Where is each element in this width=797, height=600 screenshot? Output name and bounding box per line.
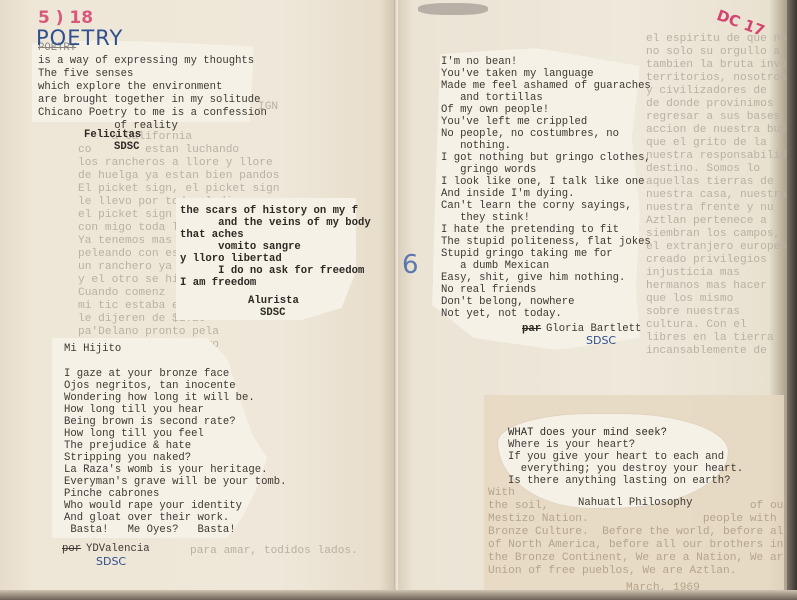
felicitas-faded-line: El picket sign, el picket sign xyxy=(78,183,279,196)
mi-hijito-school: SDSC xyxy=(96,555,126,568)
manifesto-ghost-line: With xyxy=(488,487,515,500)
ink-smudge xyxy=(418,3,488,15)
felicitas-faded-line: con migo toda l xyxy=(78,222,179,235)
background-ghost-line: nuestra frente y nu xyxy=(646,202,774,215)
background-ghost-line: que el grito de la xyxy=(646,137,767,150)
background-ghost-line: que los mismo xyxy=(646,293,733,306)
red-page-mark: 5 ) 18 xyxy=(38,8,93,28)
felicitas-school: SDSC xyxy=(114,141,139,154)
poetry-handwritten-title: POETRY xyxy=(36,26,123,50)
felicitas-faded-line: Ya tenemos mas xyxy=(78,235,172,248)
background-ghost-line: cultura. Con el xyxy=(646,319,747,332)
felicitas-faded-line: mi tic estaba en xyxy=(78,300,185,313)
manifesto-ghost-line: of North America, before all our brother… xyxy=(488,539,783,552)
felicitas-faded-line: de huelga ya estan bien pandos xyxy=(78,170,279,183)
felicitas-faded-line: los rancheros a llore y llore xyxy=(78,157,273,170)
felicitas-faded-line: Cuando comenz xyxy=(78,287,165,300)
background-ghost-line: hermanos mas hacer xyxy=(646,280,767,293)
gloria-line: Not yet, not today. xyxy=(441,308,562,321)
left-page: a California co estan luchando los ranch… xyxy=(0,0,396,600)
zine-spread: a California co estan luchando los ranch… xyxy=(0,0,797,600)
background-ghost-line: nuestra casa, nuestra xyxy=(646,189,787,202)
background-ghost-line: destino. Somos lo xyxy=(646,163,760,176)
felicitas-faded-line: peleando con est xyxy=(78,248,185,261)
felicitas-faded-line: pa'Delano pronto pela xyxy=(78,326,219,339)
background-ghost-line: creado privilegios xyxy=(646,254,767,267)
background-ghost-line: sobre nuestras xyxy=(646,306,740,319)
background-ghost-line: el extranjero europeo xyxy=(646,241,787,254)
background-ghost-line: el espiritu de que nos que ha restriccio… xyxy=(646,33,788,46)
mi-hijito-author-struck: por xyxy=(62,543,81,556)
poetry-line: are brought together in my solitude xyxy=(38,94,261,107)
gloria-author-struck: par xyxy=(522,323,541,336)
poetry-line: which explore the environment xyxy=(38,81,222,94)
nahuatl-line: Is there anything lasting on earth? xyxy=(508,475,731,488)
alurista-line: I am freedom xyxy=(180,277,256,290)
background-ghost-line: de donde provinimos xyxy=(646,98,774,111)
mi-hijito-line: Basta! Me Oyes? Basta! xyxy=(64,524,236,537)
felicitas-faded-line: el picket sign xyxy=(78,209,172,222)
background-ghost-line: territorios, nosotros xyxy=(646,72,787,85)
background-ghost-line: accion de nuestra buena xyxy=(646,124,788,137)
poetry-line: is a way of expressing my thoughts xyxy=(38,55,254,68)
felicitas-faded-line: y el otro se hi xyxy=(78,274,179,287)
background-ghost-line: no solo su orgullo a herencia historica xyxy=(646,46,788,59)
background-ghost-line: regresar a sus bases xyxy=(646,111,780,124)
pencil-margin-number: 6 xyxy=(402,250,419,280)
manifesto-ghost-line: Union of free pueblos, We are Aztlan. xyxy=(488,565,736,578)
background-ghost-line: incansablemente de xyxy=(646,345,767,358)
bottom-ghost-line: para amar, todidos lados. xyxy=(190,545,358,558)
manifesto-ghost-line: Mestizo Nation. people with a xyxy=(488,513,788,526)
manifesto-ghost-line: the Bronze Continent, We are a Nation, W… xyxy=(488,552,788,565)
background-ghost-line: tambien la bruta invasion de los xyxy=(646,59,788,72)
background-ghost-line: injusticia mas xyxy=(646,267,740,280)
felicitas-faded-line: un ranchero ya xyxy=(78,261,172,274)
poetry-line: Chicano Poetry to me is a confession xyxy=(38,107,267,120)
gloria-school: SDSC xyxy=(586,334,616,347)
nahuatl-attribution: Nahuatl Philosophy xyxy=(578,497,692,510)
bottom-page-edge xyxy=(0,590,797,600)
alurista-school: SDSC xyxy=(260,307,285,320)
background-ghost-line: libres en la tierra xyxy=(646,332,774,345)
felicitas-faded-line: co estan luchando xyxy=(78,144,239,157)
background-ghost-line: aquellas tierras de xyxy=(646,176,774,189)
mi-hijito-title: Mi Hijito xyxy=(64,343,121,356)
poetry-line: The five senses xyxy=(38,68,133,81)
background-ghost-line: Aztlan pertenece a xyxy=(646,215,767,228)
background-ghost-line: y civilizadores de xyxy=(646,85,767,98)
manifesto-ghost-line: Bronze Culture. Before the world, before… xyxy=(488,526,788,539)
background-ghost-line: siembran los campos, xyxy=(646,228,780,241)
background-ghost-line: nuestra responsabilidad xyxy=(646,150,788,163)
right-page: el espiritu de que nos que ha restriccio… xyxy=(398,0,788,600)
page-edge xyxy=(787,0,797,600)
